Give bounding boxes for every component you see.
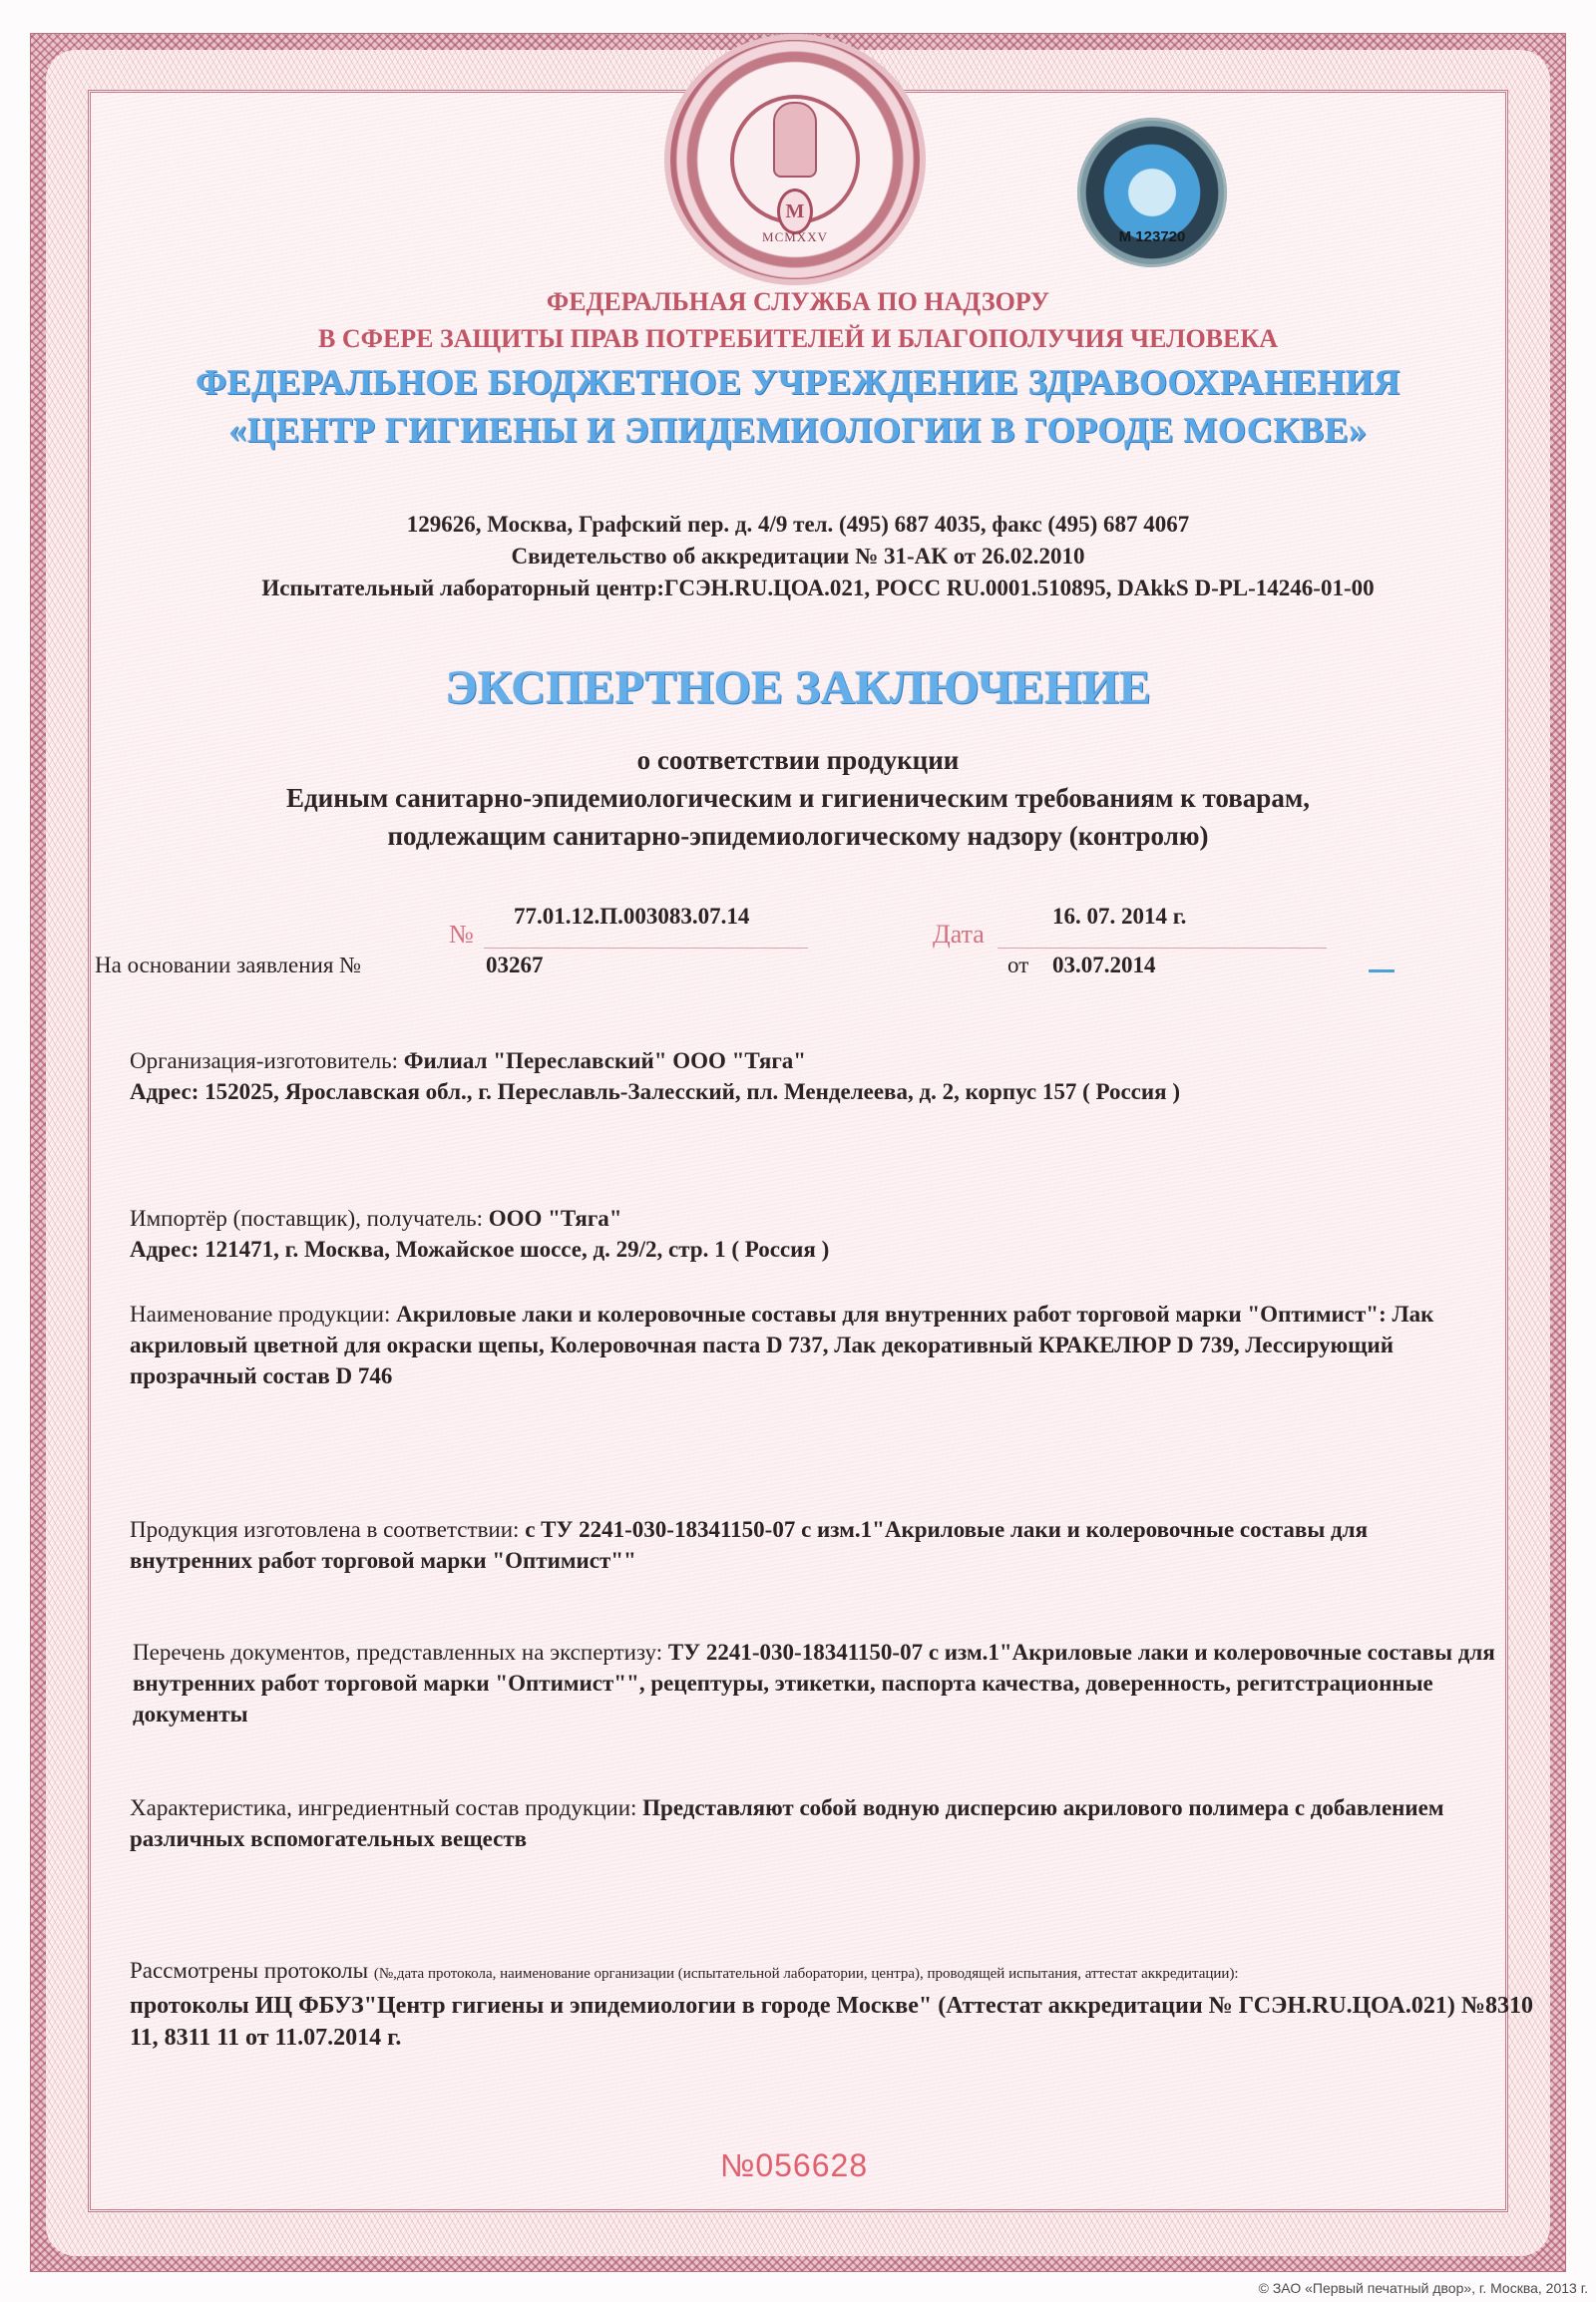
pen-mark (1369, 969, 1395, 972)
institution-name-line2: «ЦЕНТР ГИГИЕНЫ И ЭПИДЕМИОЛОГИИ В ГОРОДЕ … (0, 409, 1596, 451)
institution-name-line1: ФЕДЕРАЛЬНОЕ БЮДЖЕТНОЕ УЧРЕЖДЕНИЕ ЗДРАВОО… (0, 361, 1596, 403)
importer-section: Импортёр (поставщик), получатель: ООО "Т… (130, 1203, 1546, 1265)
protocols-note: (№,дата протокола, наименование организа… (374, 1966, 1239, 1982)
importer-address: Адрес: 121471, г. Москва, Можайское шосс… (130, 1237, 829, 1262)
printer-copyright: © ЗАО «Первый печатный двор», г. Москва,… (1259, 2280, 1588, 2296)
hologram-serial: M 123720 (1077, 228, 1227, 245)
document-subtitle-line2: Единым санитарно-эпидемиологическим и ги… (0, 783, 1596, 814)
emblem-year: MCMXXV (670, 229, 920, 245)
form-serial-number: №056628 (720, 2147, 868, 2184)
standard-section: Продукция изготовлена в соответствии: с … (130, 1514, 1486, 1576)
number-label: № (449, 920, 474, 950)
importer-label: Импортёр (поставщик), получатель: (130, 1206, 483, 1231)
lab-center-info: Испытательный лабораторный центр:ГСЭН.RU… (20, 575, 1596, 601)
emblem-monogram: M (777, 189, 813, 234)
conclusion-date: 16. 07. 2014 г. (1052, 904, 1186, 930)
importer-value: ООО "Тяга" (489, 1206, 622, 1231)
agency-name-line1: ФЕДЕРАЛЬНАЯ СЛУЖБА ПО НАДЗОРУ (0, 287, 1596, 317)
protocols-value: протоколы ИЦ ФБУЗ"Центр гигиены и эпидем… (130, 1993, 1533, 2051)
institution-emblem-icon: M MCMXXV (670, 40, 920, 279)
document-subtitle-line3: подлежащим санитарно-эпидемиологическому… (0, 821, 1596, 852)
manufacturer-address: Адрес: 152025, Ярославская обл., г. Пере… (130, 1079, 1180, 1104)
accreditation-certificate: Свидетельство об аккредитации № 31-АК от… (0, 544, 1596, 570)
agency-name-line2: В СФЕРЕ ЗАЩИТЫ ПРАВ ПОТРЕБИТЕЛЕЙ И БЛАГО… (0, 324, 1596, 354)
manufacturer-value: Филиал "Переславский" ООО "Тяга" (404, 1048, 806, 1073)
document-subtitle-line1: о соответствии продукции (0, 745, 1596, 776)
application-number: 03267 (486, 953, 544, 978)
protocols-label: Рассмотрены протоколы (130, 1958, 368, 1983)
conclusion-number: 77.01.12.П.003083.07.14 (514, 904, 749, 930)
hologram-seal-icon: M 123720 (1077, 118, 1227, 267)
manufacturer-label: Организация-изготовитель: (130, 1048, 398, 1073)
documents-label: Перечень документов, представленных на э… (133, 1640, 662, 1665)
application-from-label: от (1007, 953, 1028, 978)
hygieia-figure-icon (773, 102, 817, 178)
standard-label: Продукция изготовлена в соответствии: (130, 1517, 519, 1542)
manufacturer-section: Организация-изготовитель: Филиал "Пересл… (130, 1045, 1546, 1107)
document-title: ЭКСПЕРТНОЕ ЗАКЛЮЧЕНИЕ (0, 660, 1596, 715)
composition-label: Характеристика, ингредиентный состав про… (130, 1795, 636, 1820)
date-label: Дата (933, 920, 985, 950)
product-label: Наименование продукции: (130, 1302, 390, 1327)
product-section: Наименование продукции: Акриловые лаки и… (130, 1299, 1486, 1391)
institution-address: 129626, Москва, Графский пер. д. 4/9 тел… (0, 512, 1596, 538)
documents-section: Перечень документов, представленных на э… (133, 1637, 1499, 1729)
composition-section: Характеристика, ингредиентный состав про… (130, 1792, 1546, 1854)
number-underline (484, 948, 808, 949)
date-underline (997, 948, 1327, 949)
protocols-section: Рассмотрены протоколы (№,дата протокола,… (130, 1955, 1546, 2054)
application-label: На основании заявления № (95, 953, 361, 978)
application-date: 03.07.2014 (1052, 953, 1156, 978)
